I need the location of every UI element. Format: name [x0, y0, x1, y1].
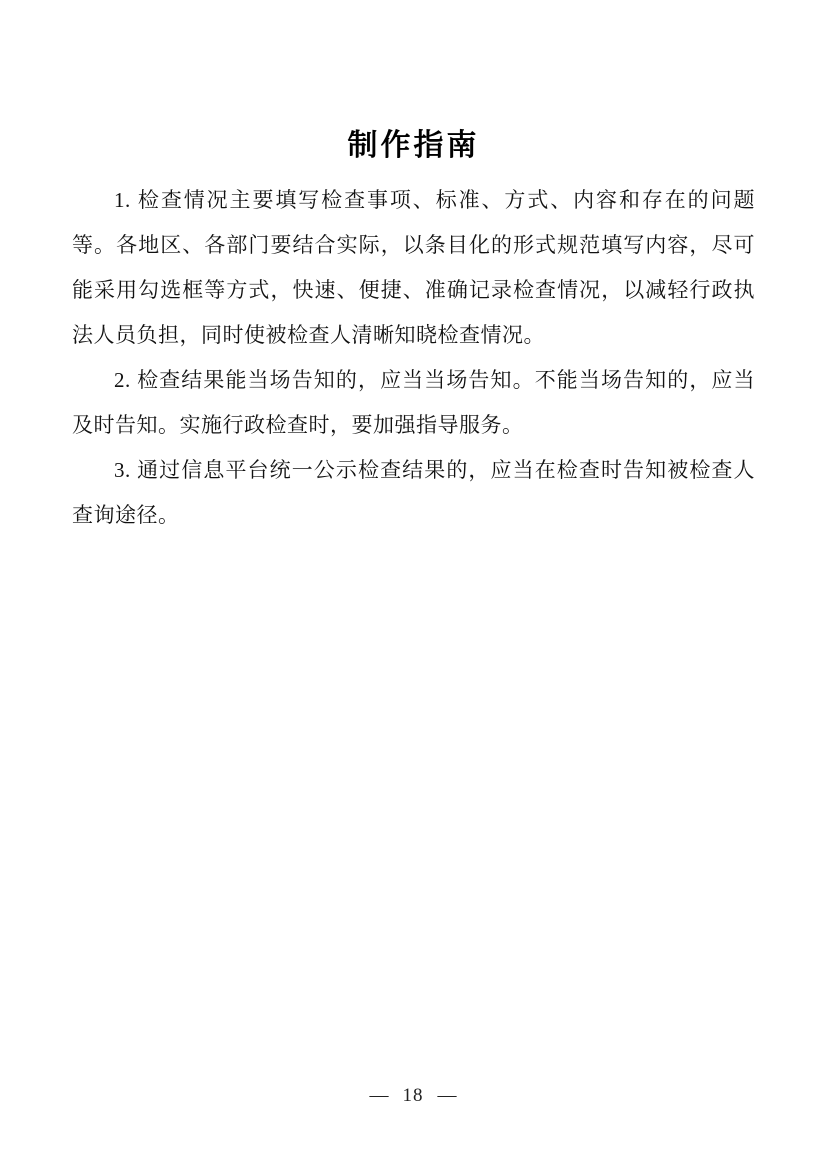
document-title: 制作指南 — [72, 0, 755, 166]
page-number: 18 — [403, 1085, 424, 1106]
document-body: 1. 检查情况主要填写检查事项、标准、方式、内容和存在的问题等。各地区、各部门要… — [72, 178, 755, 538]
page-footer: —18— — [0, 1085, 826, 1107]
paragraph-3: 3. 通过信息平台统一公示检查结果的，应当在检查时告知被检查人查询途径。 — [72, 448, 755, 538]
footer-dash-left: — — [370, 1085, 389, 1106]
document-page: 制作指南 1. 检查情况主要填写检查事项、标准、方式、内容和存在的问题等。各地区… — [0, 0, 826, 1169]
paragraph-2: 2. 检查结果能当场告知的，应当当场告知。不能当场告知的，应当及时告知。实施行政… — [72, 358, 755, 448]
paragraph-1: 1. 检查情况主要填写检查事项、标准、方式、内容和存在的问题等。各地区、各部门要… — [72, 178, 755, 358]
footer-dash-right: — — [438, 1085, 457, 1106]
